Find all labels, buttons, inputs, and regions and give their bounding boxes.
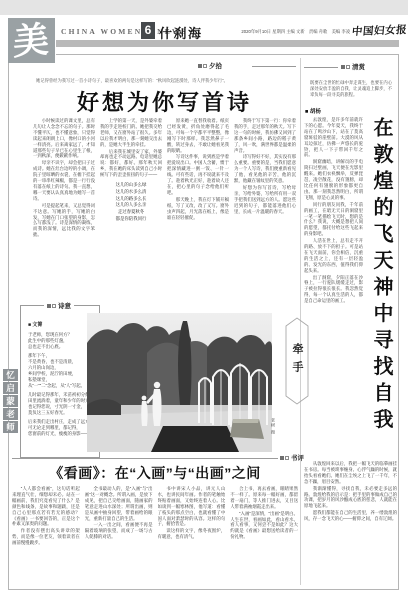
right-article-body-upper: 去敦煌，是许多年前就许下的心愿。今年夏天，我终于站在了鸣沙山下，站在了莫高窟斑驳… (304, 117, 363, 458)
page-top-strip (0, 0, 408, 15)
bottom-article-col-4: 合上书，再去看画，眼睛果然不一样了。原来每一幅好画，都留着一扇门，等人推门进去，… (230, 486, 298, 587)
right-article-byline: ■ 胡杨 (305, 107, 321, 115)
date-text: 2020年9月10日 星期四 (241, 29, 285, 34)
photo-caption-frame: 牵手 (284, 316, 310, 406)
label-rule-right (304, 67, 338, 68)
main-article-col-4: 我终于写下第一行：你牵着我的手，走过那年的秋天。写下这一句的时候，我仿佛又回到了… (234, 118, 296, 276)
right-article-vertical-headline: 在敦煌的飞天神中寻找自我 (365, 117, 397, 458)
column-label-qingshang: 清赏 (341, 62, 365, 71)
main-headline: 好想为你写首诗 (33, 86, 296, 117)
main-article-col-2: 上学的第一天，是外婆牵着我的手走进校门的。她把我交给老师，又在窗外站了很久。多年… (100, 118, 162, 276)
poem-text: 于老师，您现在何方？此生中的那些灯盏，总也走不出心底。那年下午，不是黄昏，也不是… (28, 332, 96, 454)
main-article-col-2-text: 上学的第一天，是外婆牵着我的手走进校门的。她把我交给老师，又在窗外站了很久。多年… (100, 118, 162, 179)
lead-in-quote: 她记得曾经为我写过一首小诗句子，最喜欢的两句是这样写的：“秋风吹起涟漪处，诗人伴… (36, 78, 254, 84)
right-article-upper: 去敦煌，是许多年前就许下的心愿。今年夏天，我终于站在了鸣沙山下，站在了莫高窟斑驳… (304, 117, 397, 458)
column-label-shiyi: 诗意 (44, 301, 74, 310)
main-article-col-3: 原来她一直替我收着。纸页已经发黄，折角处磨得起了毛边，可每一个字都平平整整，像刚… (167, 118, 229, 276)
bottom-article-col-1: “人人都会看画”，这句话听起来理直气壮，细想却未必。站在一幅画前，我们究竟看见了… (12, 486, 80, 587)
frame-top-line (56, 54, 398, 55)
newspaper-page: 美 CHINA WOMEN'S NEWS 6 什刹海 2020年9月10日 星期… (0, 0, 408, 595)
frame-right-line (398, 54, 399, 590)
header-rule-bar (56, 40, 399, 47)
column-label-icon (47, 304, 56, 308)
frame-left-line (8, 63, 9, 590)
bottom-article-columns: “人人都会看画”，这句话听起来理直气壮，细想却未必。站在一幅画前，我们究竟看见了… (12, 486, 298, 587)
column-label-icon (341, 65, 350, 69)
park-sculpture-photo (87, 313, 272, 452)
column-label-text: 诗意 (58, 301, 71, 310)
main-article-col-1: 小时候读过的课文里，总有几句让人念念不忘的句子。那时不懂平仄，也不懂意象，只觉得… (33, 118, 95, 276)
photo-caption: 牵手 (284, 316, 310, 406)
inset-poem: 这儿的山多么绿这儿的水多么清这儿的路多么长这儿的人多么亲走过春夏秋冬都是你陪我同… (100, 182, 162, 223)
right-article-intro: 既要在尘世的忙碌中奔走谋生，也要在内心深处安放丰盈的自我，让灵魂追上脚步，不辜负… (310, 80, 392, 105)
poem-vertical-title: 忆启蒙老师 (3, 369, 18, 434)
column-label-icon (198, 64, 207, 68)
bottom-article-col-3: 书中讲宋人小品，讲元人山水，也讲民间年画。作者的笔触始终贴着画面，又始终连着人心… (158, 486, 226, 587)
column-label-text: 书评 (291, 453, 304, 462)
column-label-xishi: 夕拾 (198, 61, 222, 70)
page-number-badge: 6 (141, 22, 155, 39)
right-article-body-lower: 从敦煌回来以后，我把一幅飞天的临摹画挂在书房。每当被琐事缠身、心浮气躁的时候，就… (304, 461, 397, 587)
staff-text: 主编 文新 责编 舟歌 美编 李凌 (286, 29, 350, 34)
label-rule (252, 66, 296, 67)
date-and-staff-line: 2020年9月10日 星期四 主编 文新 责编 舟歌 美编 李凌 (218, 29, 350, 35)
column-label-icon (280, 456, 289, 460)
bottom-article-col-2: 全书最动人的，是“入画”与“出画”这一对概念。所谓入画，是放下成见，把自己交给画… (85, 486, 153, 587)
frame-bottom-line (8, 589, 398, 590)
section-logo: 美 (8, 18, 55, 63)
poem-byline: ■ 文箐 (28, 321, 42, 328)
bottom-article-headline: 《看画》：在“入画”与“出画”之间 (12, 463, 298, 483)
column-label-text: 清赏 (352, 62, 365, 71)
column-label-text: 夕拾 (209, 61, 222, 70)
main-article-columns: 小时候读过的课文里，总有几句让人念念不忘的句子。那时不懂平仄，也不懂意象，只觉得… (33, 118, 296, 276)
section-logo-character: 美 (13, 21, 50, 60)
column-label-shuping: 书评 (280, 453, 304, 462)
masthead-calligraphy: 中国妇女报 (351, 22, 408, 39)
photo-illustration (87, 313, 272, 452)
bottom-section-rule (12, 458, 278, 459)
